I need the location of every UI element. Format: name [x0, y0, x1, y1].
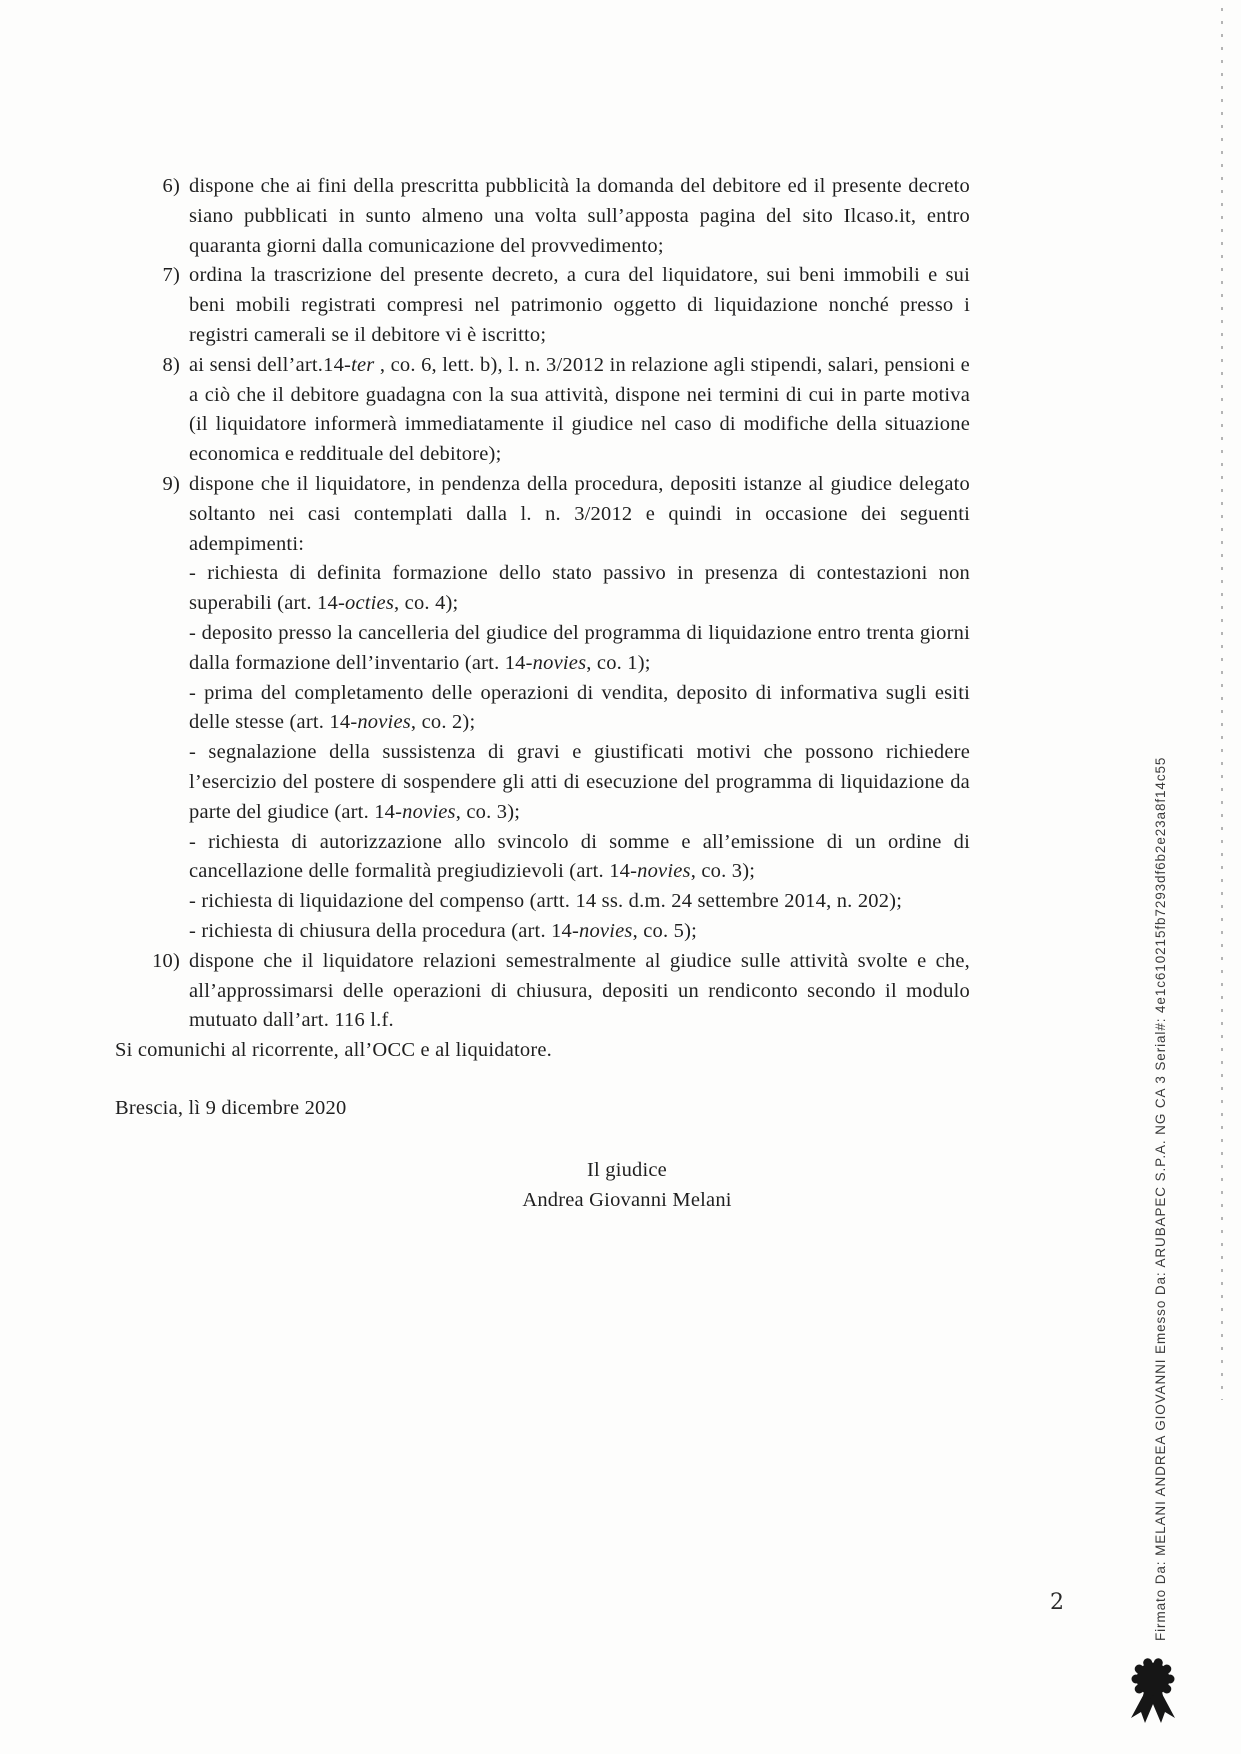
item-paragraph: - richiesta di definita formazione dello… [189, 559, 970, 619]
item-text: ordina la trascrizione del presente decr… [189, 261, 970, 350]
item-paragraph: ai sensi dell’art.14-ter , co. 6, lett. … [189, 351, 970, 470]
decree-item: 10)dispone che il liquidatore relazioni … [115, 947, 970, 1036]
communication-note: Si comunichi al ricorrente, all’OCC e al… [115, 1036, 970, 1066]
item-paragraph: - richiesta di liquidazione del compenso… [189, 887, 970, 917]
item-number: 9) [115, 470, 189, 947]
page-number: 2 [1050, 1590, 1064, 1615]
item-paragraph: - prima del completamento delle operazio… [189, 679, 970, 739]
decree-item: 9)dispone che il liquidatore, in pendenz… [115, 470, 970, 947]
decree-items: 6)dispone che ai fini della prescritta p… [115, 172, 970, 1036]
rosette-seal-icon [1122, 1652, 1184, 1726]
item-paragraph: - richiesta di chiusura della procedura … [189, 917, 970, 947]
decree-item: 7)ordina la trascrizione del presente de… [115, 261, 970, 350]
item-number: 10) [115, 947, 189, 1036]
item-paragraph: dispone che il liquidatore, in pendenza … [189, 470, 970, 559]
item-paragraph: - segnalazione della sussistenza di grav… [189, 738, 970, 827]
item-number: 6) [115, 172, 189, 261]
digital-signature-text: Firmato Da: MELANI ANDREA GIOVANNI Emess… [1153, 757, 1168, 1641]
item-text: dispone che il liquidatore, in pendenza … [189, 470, 970, 947]
decree-item: 6)dispone che ai fini della prescritta p… [115, 172, 970, 261]
item-paragraph: - richiesta di autorizzazione allo svinc… [189, 828, 970, 888]
item-text: dispone che ai fini della prescritta pub… [189, 172, 970, 261]
item-paragraph: ordina la trascrizione del presente decr… [189, 261, 970, 350]
decree-item: 8)ai sensi dell’art.14-ter , co. 6, lett… [115, 351, 970, 470]
item-paragraph: - deposito presso la cancelleria del giu… [189, 619, 970, 679]
item-text: ai sensi dell’art.14-ter , co. 6, lett. … [189, 351, 970, 470]
item-number: 7) [115, 261, 189, 350]
signature-block: Il giudice Andrea Giovanni Melani [427, 1156, 827, 1216]
place-date-line: Brescia, lì 9 dicembre 2020 [115, 1094, 970, 1124]
decree-body: 6)dispone che ai fini della prescritta p… [115, 172, 970, 1215]
item-paragraph: dispone che ai fini della prescritta pub… [189, 172, 970, 261]
item-text: dispone che il liquidatore relazioni sem… [189, 947, 970, 1036]
scan-artifact-dotted-line [1221, 8, 1223, 1400]
signer-role: Il giudice [427, 1156, 827, 1186]
item-paragraph: dispone che il liquidatore relazioni sem… [189, 947, 970, 1036]
signer-name: Andrea Giovanni Melani [427, 1186, 827, 1216]
document-page: 6)dispone che ai fini della prescritta p… [0, 0, 1241, 1754]
item-number: 8) [115, 351, 189, 470]
